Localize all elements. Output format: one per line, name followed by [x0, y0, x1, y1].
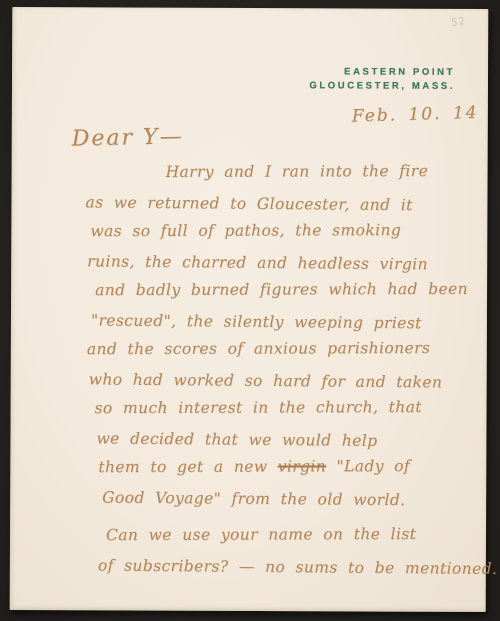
letter-text: Can we use your name on the list [106, 525, 416, 544]
letter-line: of subscribers? — no sums to be mentione… [72, 551, 476, 584]
letterhead-line-1: EASTERN POINT [309, 65, 455, 80]
handwritten-date: Feb. 10. 14 [352, 103, 479, 127]
letter-line: so much interest in the church, that [73, 393, 477, 424]
letter-line: and the scores of anxious parishioners [73, 334, 477, 365]
printed-letterhead: EASTERN POINT GLOUCESTER, MASS. [309, 65, 455, 94]
letter-text: "rescued", the silently weeping priest [91, 311, 422, 332]
letter-text: as we returned to Gloucester, and it [85, 193, 412, 214]
letter-text: and badly burned figures which had been [95, 280, 468, 299]
letter-text: of subscribers? — no sums to be mentione… [98, 556, 498, 577]
struck-through-word: virgin [278, 457, 326, 475]
letter-line: Good Voyage" from the old world. [72, 483, 476, 516]
pencil-catalog-number: 52 [451, 16, 467, 29]
letter-text: Good Voyage" from the old world. [102, 488, 405, 509]
letter-paper: 52 EASTERN POINT GLOUCESTER, MASS. Feb. … [10, 7, 489, 612]
letter-text: was so full of pathos, the smoking [90, 221, 401, 240]
letter-line: was so full of pathos, the smoking [73, 216, 477, 247]
letter-text: ruins, the charred and headless virgin [87, 252, 428, 273]
letter-text: so much interest in the church, that [95, 398, 422, 417]
letter-text: Harry and I ran into the fire [166, 162, 429, 181]
letter-line: and badly burned figures which had been [73, 275, 477, 306]
letter-text: them to get a new [98, 458, 278, 477]
letter-photograph: 52 EASTERN POINT GLOUCESTER, MASS. Feb. … [0, 0, 500, 621]
letter-line: Can we use your name on the list [72, 520, 476, 551]
letterhead-line-2: GLOUCESTER, MASS. [309, 79, 455, 94]
salutation: Dear Y— [71, 124, 183, 151]
letter-text: we decided that we would help [96, 429, 377, 449]
letter-body: Harry and I ran into the fireas we retur… [72, 158, 478, 582]
letter-line: them to get a new virgin "Lady of [72, 452, 476, 483]
letter-text: who had worked so hard for and taken [89, 370, 443, 391]
letter-text: and the scores of anxious parishioners [87, 339, 430, 358]
letter-line: Harry and I ran into the fire [74, 157, 478, 188]
letter-text: "Lady of [326, 457, 410, 475]
